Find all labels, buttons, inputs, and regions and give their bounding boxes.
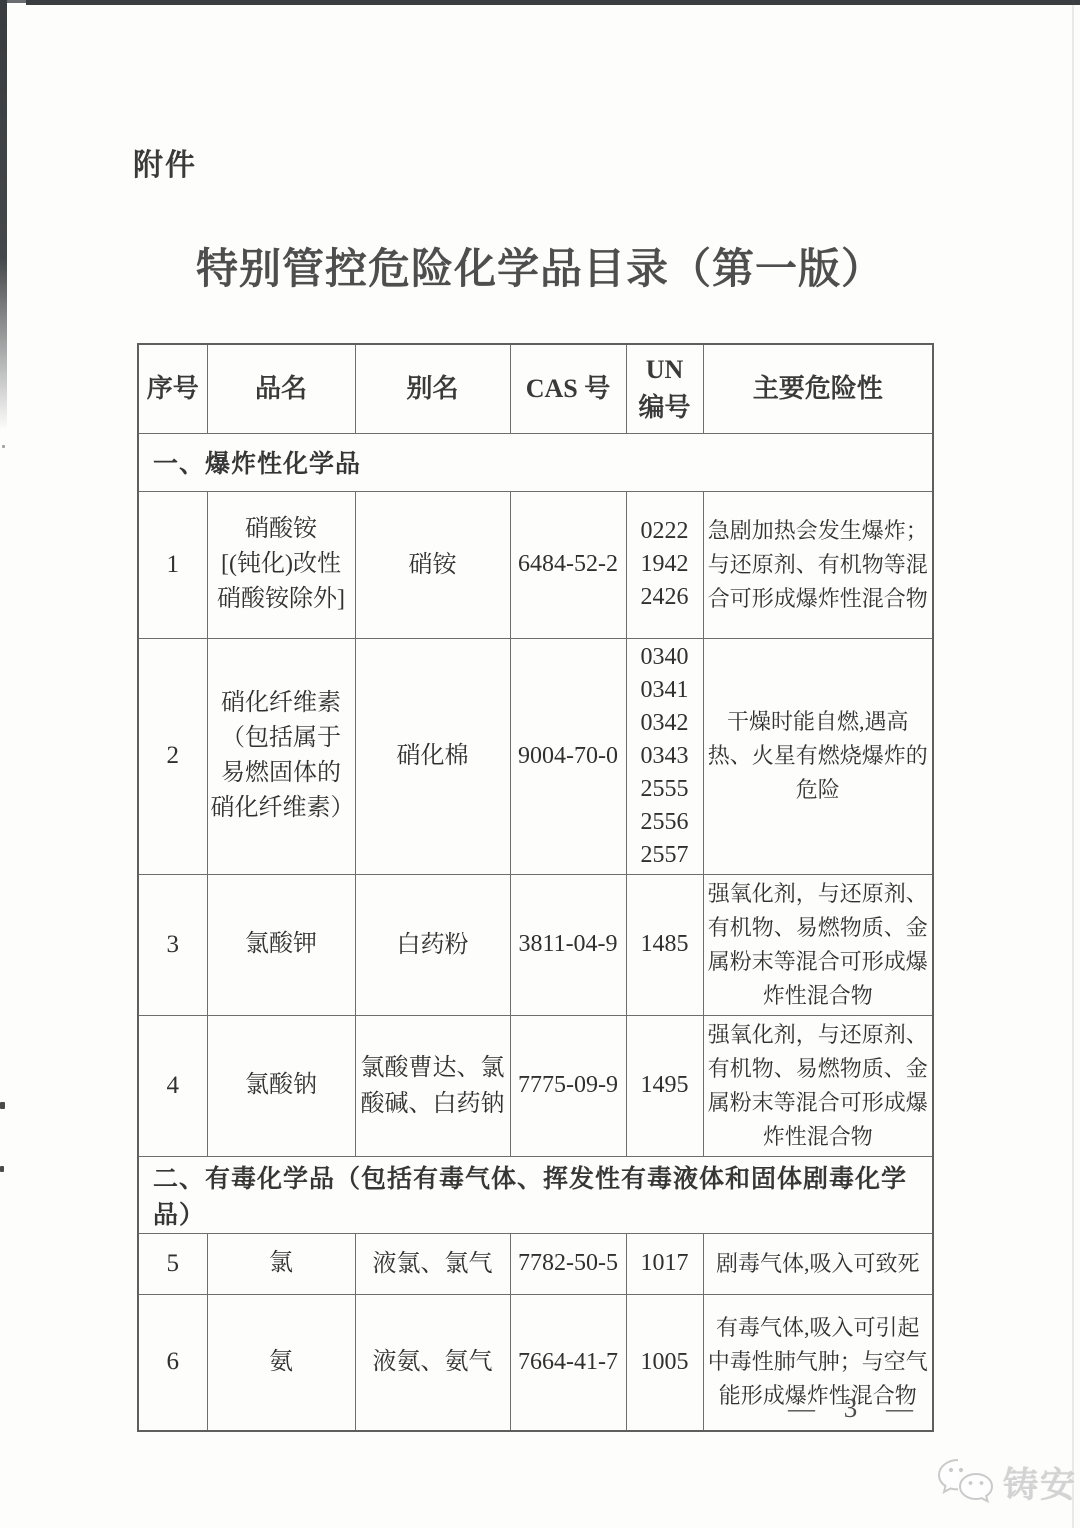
page-number: — 3 — xyxy=(788,1393,914,1424)
attachment-label: 附件 xyxy=(133,140,197,184)
header-cell-alias: 别名 xyxy=(355,344,510,433)
cell-name: 硝酸铵 [(钝化)改性 硝酸铵除外] xyxy=(207,491,355,638)
cell-hazard: 急剧加热会发生爆炸；与还原剂、有机物等混合可形成爆炸性混合物 xyxy=(703,491,933,638)
cell-index: 1 xyxy=(138,491,207,638)
scan-edge-top xyxy=(26,0,1080,5)
ink-speck xyxy=(0,1102,5,1109)
cell-cas: 3811-04-9 xyxy=(510,874,626,1015)
cell-name: 氨 xyxy=(207,1294,355,1431)
cell-cas: 7775-09-9 xyxy=(510,1015,626,1156)
watermark: 铸安 xyxy=(936,1456,1077,1509)
cell-hazard: 剧毒气体,吸入可致死 xyxy=(703,1233,933,1294)
page-title: 特别管控危险化学品目录（第一版） xyxy=(0,236,1080,296)
watermark-text: 铸安 xyxy=(1003,1458,1077,1508)
cell-index: 5 xyxy=(138,1233,207,1294)
ink-speck xyxy=(2,445,5,448)
table-row: 5 氯 液氯、氯气 7782-50-5 1017 剧毒气体,吸入可致死 xyxy=(138,1233,933,1294)
cell-un: 1495 xyxy=(626,1015,703,1156)
cell-alias: 液氯、氯气 xyxy=(355,1233,510,1294)
header-cell-index: 序号 xyxy=(138,344,207,433)
section-row-explosives: 一、爆炸性化学品 xyxy=(138,433,933,491)
cell-cas: 7664-41-7 xyxy=(510,1294,626,1431)
header-un-line1: UN xyxy=(646,355,684,384)
cell-name: 氯酸钠 xyxy=(207,1015,355,1156)
cell-name: 氯 xyxy=(207,1233,355,1294)
cell-index: 6 xyxy=(138,1294,207,1431)
header-cell-cas: CAS 号 xyxy=(510,344,626,433)
wechat-icon xyxy=(936,1456,998,1509)
cell-alias: 氯酸曹达、氯酸碱、白药钠 xyxy=(355,1015,510,1156)
cell-cas: 9004-70-0 xyxy=(510,638,626,874)
table-row: 4 氯酸钠 氯酸曹达、氯酸碱、白药钠 7775-09-9 1495 强氧化剂，与… xyxy=(138,1015,933,1156)
cell-un: 1005 xyxy=(626,1294,703,1431)
cell-name: 硝化纤维素 （包括属于 易燃固体的 硝化纤维素） xyxy=(207,638,355,874)
header-un-line2: 编号 xyxy=(638,393,690,422)
cell-index: 4 xyxy=(138,1015,207,1156)
section-title: 一、爆炸性化学品 xyxy=(138,433,933,491)
table-row: 3 氯酸钾 白药粉 3811-04-9 1485 强氧化剂，与还原剂、有机物、易… xyxy=(138,874,933,1015)
cell-alias: 液氨、氨气 xyxy=(355,1294,510,1431)
cell-name: 氯酸钾 xyxy=(207,874,355,1015)
scan-edge-left xyxy=(0,0,7,430)
cell-hazard: 强氧化剂，与还原剂、有机物、易燃物质、金属粉末等混合可形成爆炸性混合物 xyxy=(703,1015,933,1156)
table-header-row: 序号 品名 别名 CAS 号 UN 编号 主要危险性 xyxy=(138,344,933,433)
table-row: 2 硝化纤维素 （包括属于 易燃固体的 硝化纤维素） 硝化棉 9004-70-0… xyxy=(138,638,933,874)
scanned-document-page: { "page": { "attachment_label": "附件", "t… xyxy=(0,0,1080,1528)
ink-speck xyxy=(0,1166,4,1172)
cell-un: 0340 0341 0342 0343 2555 2556 2557 xyxy=(626,638,703,874)
chemicals-table: 序号 品名 别名 CAS 号 UN 编号 主要危险性 一、爆炸性化学品 1 硝酸… xyxy=(137,343,934,1432)
header-cell-hazard: 主要危险性 xyxy=(703,344,933,433)
cell-alias: 硝铵 xyxy=(355,491,510,638)
section-row-toxics: 二、有毒化学品（包括有毒气体、挥发性有毒液体和固体剧毒化学品） xyxy=(138,1156,933,1233)
cell-hazard: 干燥时能自燃,遇高热、火星有燃烧爆炸的危险 xyxy=(703,638,933,874)
cell-hazard: 强氧化剂，与还原剂、有机物、易燃物质、金属粉末等混合可形成爆炸性混合物 xyxy=(703,874,933,1015)
cell-index: 2 xyxy=(138,638,207,874)
cell-cas: 6484-52-2 xyxy=(510,491,626,638)
table-row: 1 硝酸铵 [(钝化)改性 硝酸铵除外] 硝铵 6484-52-2 0222 1… xyxy=(138,491,933,638)
cell-un: 1017 xyxy=(626,1233,703,1294)
cell-alias: 硝化棉 xyxy=(355,638,510,874)
cell-alias: 白药粉 xyxy=(355,874,510,1015)
scan-edge-right xyxy=(1072,0,1074,1528)
header-cell-un: UN 编号 xyxy=(626,344,703,433)
cell-un: 1485 xyxy=(626,874,703,1015)
cell-index: 3 xyxy=(138,874,207,1015)
header-cell-name: 品名 xyxy=(207,344,355,433)
cell-un: 0222 1942 2426 xyxy=(626,491,703,638)
section-title: 二、有毒化学品（包括有毒气体、挥发性有毒液体和固体剧毒化学品） xyxy=(138,1156,933,1233)
cell-cas: 7782-50-5 xyxy=(510,1233,626,1294)
